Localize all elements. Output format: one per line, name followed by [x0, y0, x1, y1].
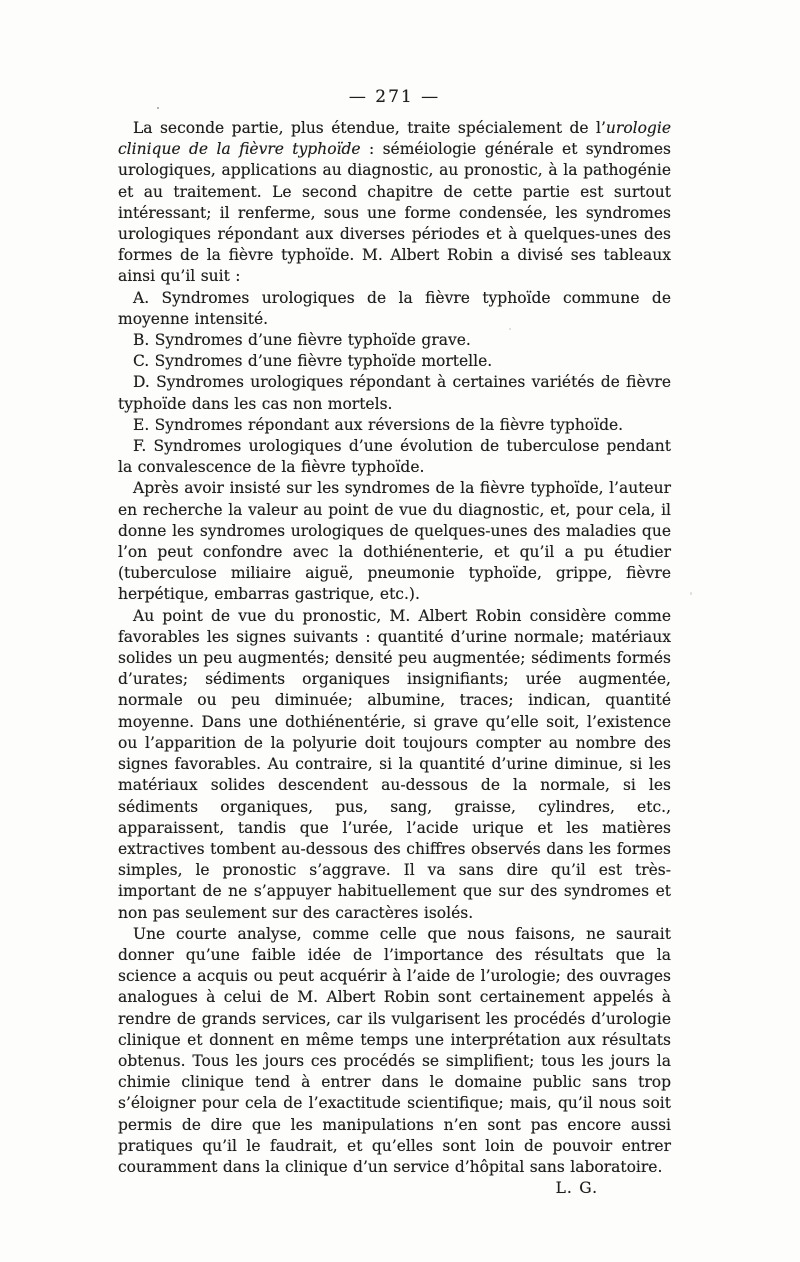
- paragraph: Au point de vue du pronostic, M. Albert …: [118, 606, 671, 924]
- text-run: B. Syndromes d’une fièvre typhoïde grave…: [133, 331, 471, 349]
- paragraph: C. Syndromes d’une fièvre typhoïde morte…: [118, 351, 671, 372]
- text-run: E. Syndromes répondant aux réversions de…: [133, 416, 623, 434]
- paragraph: B. Syndromes d’une fièvre typhoïde grave…: [118, 330, 671, 351]
- text-run: D. Syndromes urologiques répondant à cer…: [118, 373, 671, 412]
- text-run: F. Syndromes urologiques d’une évolution…: [118, 437, 671, 476]
- paragraphs-container: La seconde partie, plus étendue, traite …: [118, 118, 671, 1178]
- paragraph: Une courte analyse, comme celle que nous…: [118, 924, 671, 1178]
- article-body: La seconde partie, plus étendue, traite …: [118, 118, 671, 1199]
- text-run: : séméiologie générale et syndromes urol…: [118, 140, 671, 285]
- page-number: — 271 —: [118, 87, 671, 107]
- author-initials: L. G.: [118, 1178, 671, 1199]
- text-run: C. Syndromes d’une fièvre typhoïde morte…: [133, 352, 492, 370]
- text-run: Au point de vue du pronostic, M. Albert …: [118, 607, 671, 922]
- text-run: A. Syndromes urologiques de la fièvre ty…: [118, 289, 671, 328]
- scan-speck: [690, 592, 692, 595]
- paragraph: E. Syndromes répondant aux réversions de…: [118, 415, 671, 436]
- text-run: La seconde partie, plus étendue, traite …: [133, 119, 606, 137]
- paragraph: A. Syndromes urologiques de la fièvre ty…: [118, 288, 671, 330]
- text-run: Après avoir insisté sur les syndromes de…: [118, 479, 671, 603]
- paragraph: D. Syndromes urologiques répondant à cer…: [118, 372, 671, 414]
- paragraph: Après avoir insisté sur les syndromes de…: [118, 478, 671, 605]
- paragraph: La seconde partie, plus étendue, traite …: [118, 118, 671, 288]
- scan-speck: [157, 107, 159, 109]
- text-run: Une courte analyse, comme celle que nous…: [118, 925, 671, 1176]
- paragraph: F. Syndromes urologiques d’une évolution…: [118, 436, 671, 478]
- scanned-document-page: — 271 — La seconde partie, plus étendue,…: [0, 0, 800, 1262]
